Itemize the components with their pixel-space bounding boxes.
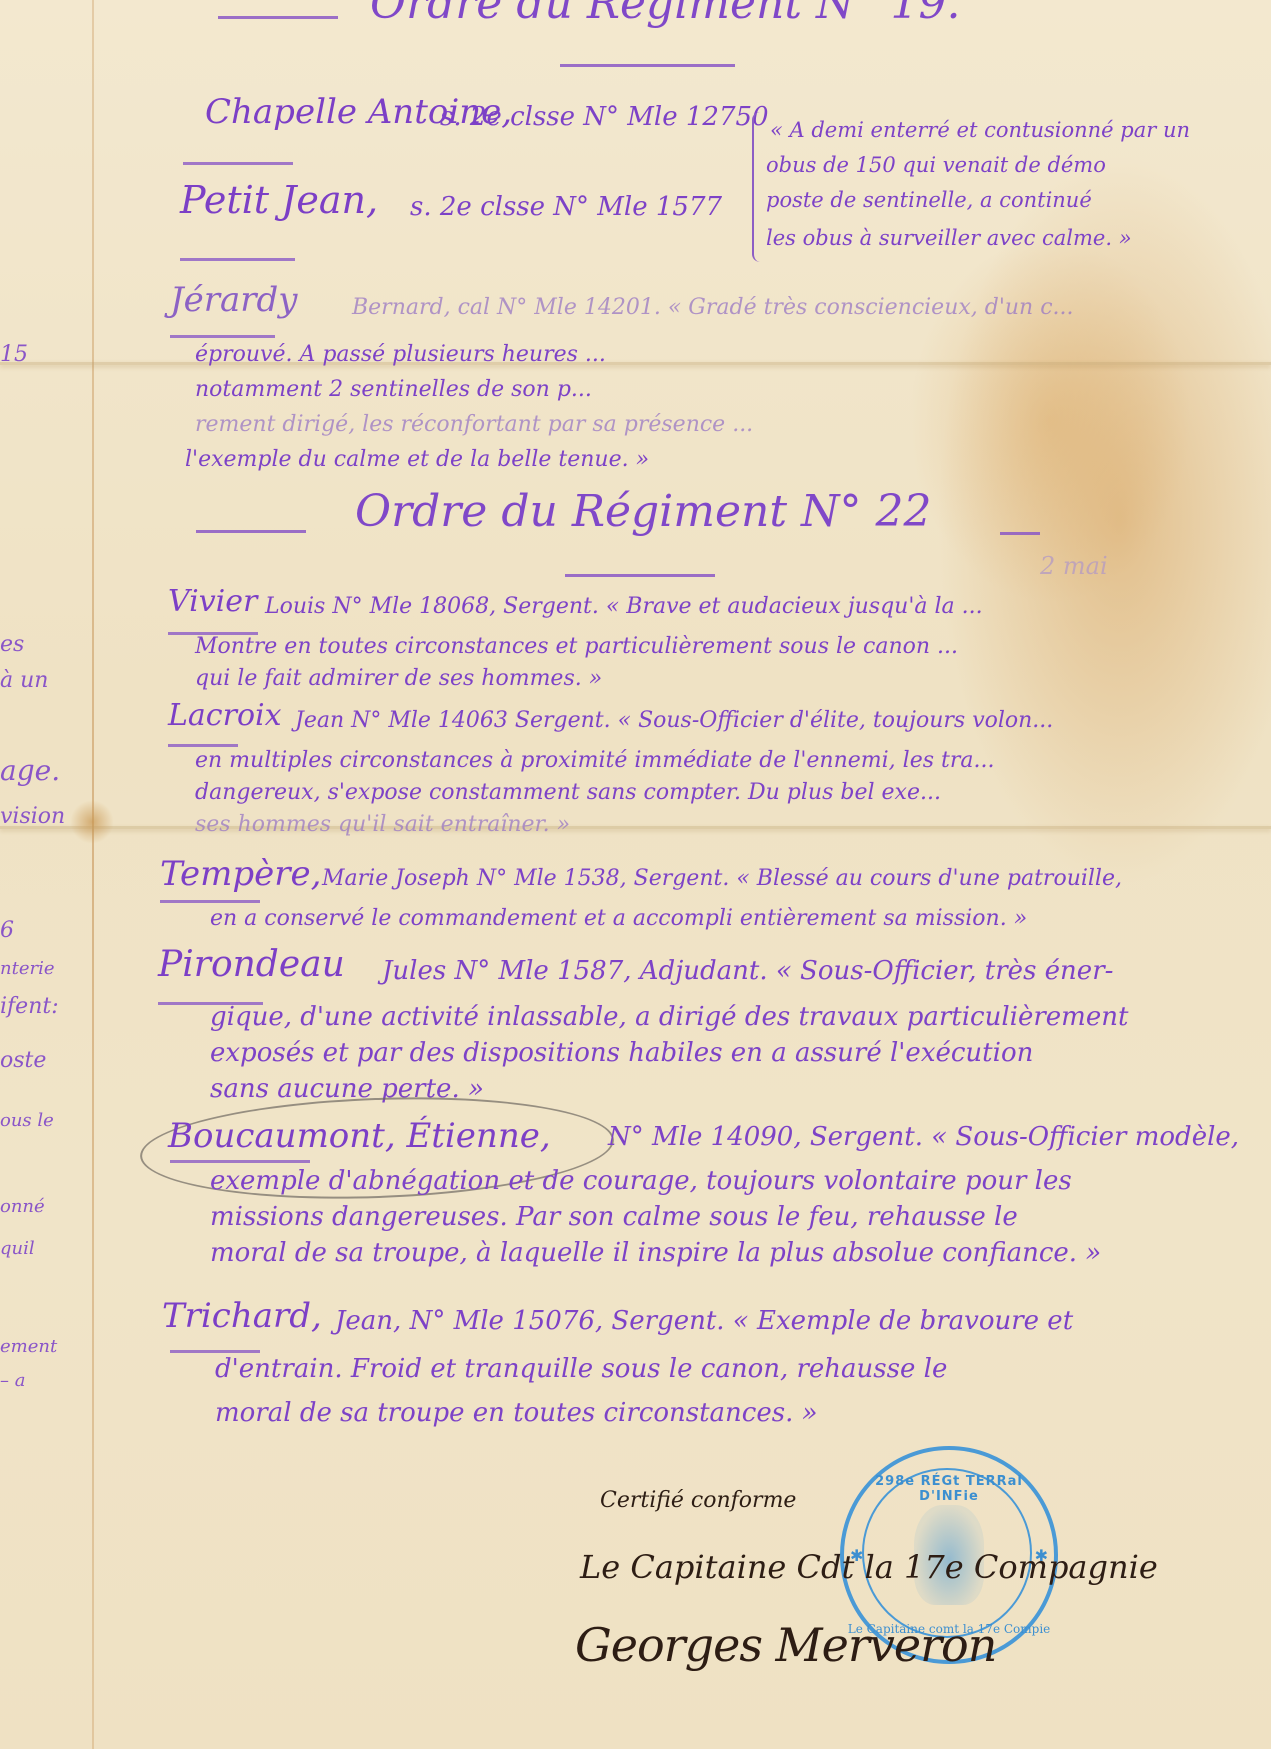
date-note: 2 mai xyxy=(1040,552,1108,580)
citation-details: s. 2e clsse N° Mle 1577 xyxy=(410,192,722,222)
name-underline xyxy=(183,162,293,165)
name-underline xyxy=(170,1160,310,1163)
margin-fragment: vision xyxy=(0,804,65,829)
citation-text-line: obus de 150 qui venait de démo xyxy=(766,153,1106,177)
order-19-title: Ordre du Régiment N° 19. xyxy=(370,0,960,29)
citation-details: Jean, N° Mle 15076, Sergent. « Exemple d… xyxy=(335,1306,1073,1336)
citation-name: Trichard, xyxy=(162,1296,322,1336)
title-dash xyxy=(1000,532,1040,535)
citation-text-line: qui le fait admirer de ses hommes. » xyxy=(195,666,602,691)
citation-name: Lacroix xyxy=(168,698,282,733)
citation-name-circled: Boucaumont, Étienne, xyxy=(168,1116,551,1156)
stamp-top-text: 298e RÉGt TERRal D'INFie xyxy=(844,1474,1054,1504)
name-underline xyxy=(160,900,260,903)
citation-text-line: poste de sentinelle, a continué xyxy=(766,188,1092,212)
name-underline xyxy=(170,335,275,338)
margin-fragment: nterie xyxy=(0,958,55,979)
citation-details: Marie Joseph N° Mle 1538, Sergent. « Ble… xyxy=(322,866,1122,891)
citation-details: Jean N° Mle 14063 Sergent. « Sous-Offici… xyxy=(295,708,1053,733)
order-22-title: Ordre du Régiment N° 22 xyxy=(355,486,931,537)
citation-text-line: moral de sa troupe, à laquelle il inspir… xyxy=(210,1238,1101,1268)
certification-title: Le Capitaine Cdt la 17e Compagnie xyxy=(580,1548,1158,1586)
margin-fragment: ement xyxy=(0,1336,57,1357)
citation-text-line: exemple d'abnégation et de courage, touj… xyxy=(210,1166,1072,1196)
citation-details: Louis N° Mle 18068, Sergent. « Brave et … xyxy=(265,594,983,619)
citation-text-line: en a conservé le commandement et a accom… xyxy=(210,906,1027,931)
citation-text-line: l'exemple du calme et de la belle tenue.… xyxy=(185,447,649,472)
citation-text-line: d'entrain. Froid et tranquille sous le c… xyxy=(215,1354,947,1384)
citation-name: Jérardy xyxy=(170,280,298,320)
name-underline xyxy=(170,1350,260,1353)
citation-text-line: « A demi enterré et contusionné par un xyxy=(770,118,1190,142)
citation-text-line: notamment 2 sentinelles de son p... xyxy=(195,377,592,402)
name-underline xyxy=(180,258,295,261)
title-underline xyxy=(560,64,735,67)
margin-fragment: 15 xyxy=(0,342,28,367)
horizontal-fold-line xyxy=(0,826,1271,829)
citation-name: Pirondeau xyxy=(158,944,345,985)
citation-text-line: ses hommes qu'il sait entraîner. » xyxy=(195,812,570,837)
margin-fragment: es xyxy=(0,632,24,657)
margin-fragment: à un xyxy=(0,668,48,693)
citation-text-line: Montre en toutes circonstances et partic… xyxy=(195,634,958,659)
citation-name: Tempère, xyxy=(160,854,321,894)
citation-text-line: en multiples circonstances à proximité i… xyxy=(195,748,994,773)
citation-details: Jules N° Mle 1587, Adjudant. « Sous-Offi… xyxy=(382,956,1113,986)
citation-text-line: moral de sa troupe en toutes circonstanc… xyxy=(215,1398,818,1428)
citation-text-line: dangereux, s'expose constamment sans com… xyxy=(195,780,941,805)
margin-fragment: oste xyxy=(0,1048,46,1073)
citation-text-line: les obus à surveiller avec calme. » xyxy=(766,226,1132,250)
vertical-fold-line xyxy=(92,0,94,1749)
title-dash xyxy=(218,16,338,19)
title-underline xyxy=(565,574,715,577)
citation-text-line: rement dirigé, les réconfortant par sa p… xyxy=(195,412,753,437)
citation-details: N° Mle 14090, Sergent. « Sous-Officier m… xyxy=(608,1122,1239,1152)
margin-fragment: onné xyxy=(0,1196,45,1217)
citation-text-line: gique, d'une activité inlassable, a diri… xyxy=(210,1002,1128,1032)
citation-name: Vivier xyxy=(168,584,257,619)
grouping-brace xyxy=(752,112,764,262)
citation-text-line: exposés et par des dispositions habiles … xyxy=(210,1038,1033,1068)
citation-text-line: missions dangereuses. Par son calme sous… xyxy=(210,1202,1018,1232)
title-dash xyxy=(196,530,306,533)
certification-line: Certifié conforme xyxy=(600,1488,796,1513)
citation-text-line: éprouvé. A passé plusieurs heures ... xyxy=(195,342,606,367)
margin-fragment: 6 xyxy=(0,918,14,943)
citation-details: s. 2e clsse N° Mle 12750 xyxy=(440,102,769,132)
citation-name: Petit Jean, xyxy=(180,178,378,222)
margin-fragment: – a xyxy=(0,1370,25,1391)
margin-fragment: ifent: xyxy=(0,994,59,1019)
horizontal-fold-line xyxy=(0,362,1271,365)
margin-fragment: age. xyxy=(0,754,60,787)
citation-details: Bernard, cal N° Mle 14201. « Gradé très … xyxy=(352,295,1074,320)
margin-fragment: ous le xyxy=(0,1110,54,1131)
signature: Georges Merveron xyxy=(575,1618,996,1672)
margin-fragment: quil xyxy=(0,1238,35,1259)
name-underline xyxy=(168,744,238,747)
